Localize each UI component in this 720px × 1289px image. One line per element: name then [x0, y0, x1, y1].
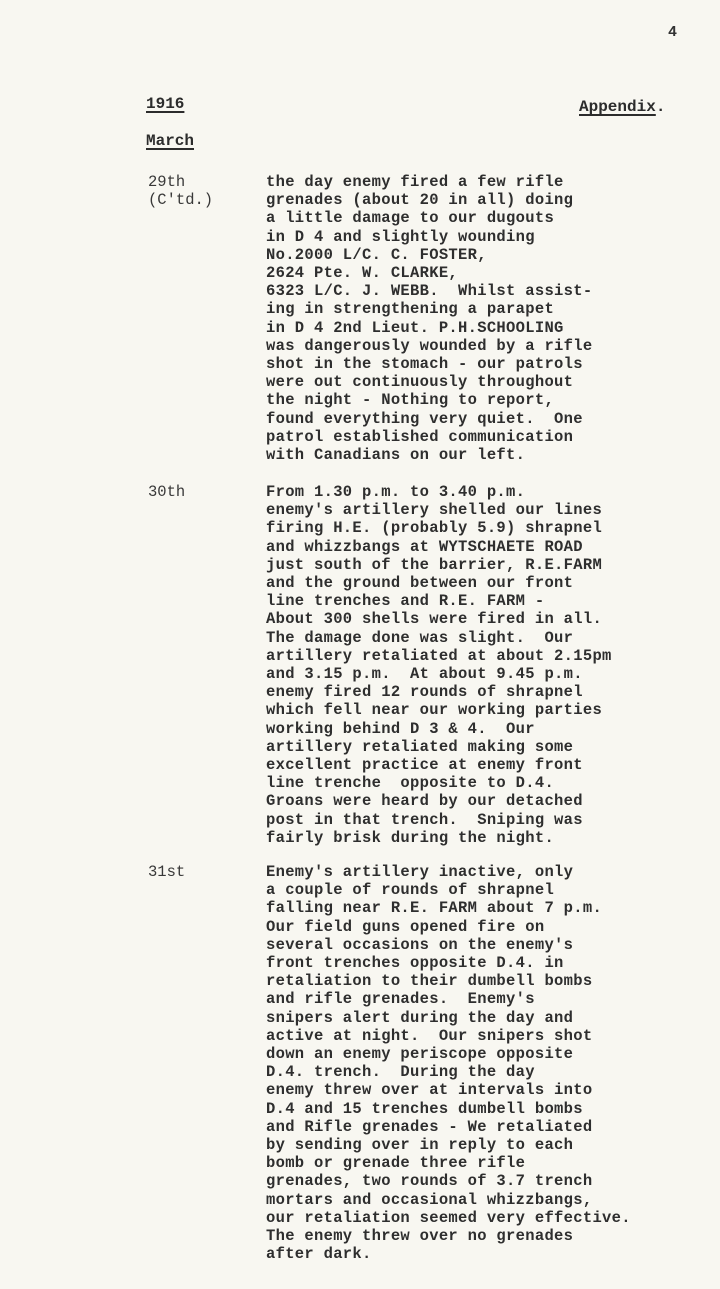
entry-line: the night - Nothing to report, — [266, 391, 592, 409]
entry-date-day: 30th — [148, 483, 185, 501]
entry-line: ing in strengthening a parapet — [266, 300, 592, 318]
entry-line: snipers alert during the day and — [266, 1009, 631, 1027]
entry-line: found everything very quiet. One — [266, 410, 592, 428]
entry-line: firing H.E. (probably 5.9) shrapnel — [266, 519, 612, 537]
entry-line: and the ground between our front — [266, 574, 612, 592]
entry-line: after dark. — [266, 1245, 631, 1263]
entry-text: the day enemy fired a few rifle grenades… — [266, 173, 592, 464]
entry-line: which fell near our working parties — [266, 701, 612, 719]
entry-line: retaliation to their dumbell bombs — [266, 972, 631, 990]
entry-line: Enemy's artillery inactive, only — [266, 863, 631, 881]
entry-line: bomb or grenade three rifle — [266, 1154, 631, 1172]
entry-line: post in that trench. Sniping was — [266, 811, 612, 829]
entry-line: falling near R.E. FARM about 7 p.m. — [266, 899, 631, 917]
entry-line: artillery retaliated at about 2.15pm — [266, 647, 612, 665]
entry-line: enemy fired 12 rounds of shrapnel — [266, 683, 612, 701]
entry-line: active at night. Our snipers shot — [266, 1027, 631, 1045]
appendix-label: Appendix — [579, 98, 656, 116]
entry-text: From 1.30 p.m. to 3.40 p.m. enemy's arti… — [266, 483, 612, 847]
entry-line: fairly brisk during the night. — [266, 829, 612, 847]
entry-line: excellent practice at enemy front — [266, 756, 612, 774]
entry-line: Our field guns opened fire on — [266, 918, 631, 936]
entry-line: just south of the barrier, R.E.FARM — [266, 556, 612, 574]
entry-date: 31st — [148, 863, 185, 881]
entry-line: enemy threw over at intervals into — [266, 1081, 631, 1099]
entry-line: front trenches opposite D.4. in — [266, 954, 631, 972]
entry-line: grenades (about 20 in all) doing — [266, 191, 592, 209]
entry-date-day: 31st — [148, 863, 185, 881]
month-heading: March — [146, 132, 194, 150]
entry-line: D.4 and 15 trenches dumbell bombs — [266, 1100, 631, 1118]
entry-date: 29th (C'td.) — [148, 173, 213, 209]
entry-line: enemy's artillery shelled our lines — [266, 501, 612, 519]
entry-text: Enemy's artillery inactive, only a coupl… — [266, 863, 631, 1263]
entry-date: 30th — [148, 483, 185, 501]
year-heading: 1916 — [146, 95, 184, 113]
entry-line: line trenche opposite to D.4. — [266, 774, 612, 792]
entry-line: From 1.30 p.m. to 3.40 p.m. — [266, 483, 612, 501]
entry-line: working behind D 3 & 4. Our — [266, 720, 612, 738]
entry-line: down an enemy periscope opposite — [266, 1045, 631, 1063]
entry-line: a couple of rounds of shrapnel — [266, 881, 631, 899]
entry-line: 2624 Pte. W. CLARKE, — [266, 264, 592, 282]
entry-line: The enemy threw over no grenades — [266, 1227, 631, 1245]
appendix-period: . — [656, 98, 666, 116]
entry-line: 6323 L/C. J. WEBB. Whilst assist- — [266, 282, 592, 300]
entry-line: The damage done was slight. Our — [266, 629, 612, 647]
entry-line: were out continuously throughout — [266, 373, 592, 391]
page-number: 4 — [668, 24, 677, 41]
entry-line: line trenches and R.E. FARM - — [266, 592, 612, 610]
entry-line: and rifle grenades. Enemy's — [266, 990, 631, 1008]
entry-line: and 3.15 p.m. At about 9.45 p.m. — [266, 665, 612, 683]
entry-line: No.2000 L/C. C. FOSTER, — [266, 246, 592, 264]
entry-line: About 300 shells were fired in all. — [266, 610, 612, 628]
entry-line: a little damage to our dugouts — [266, 209, 592, 227]
appendix-heading: Appendix. — [579, 98, 665, 116]
entry-line: several occasions on the enemy's — [266, 936, 631, 954]
document-page: 4 1916 Appendix. March 29th (C'td.) the … — [0, 0, 720, 1289]
entry-line: artillery retaliated making some — [266, 738, 612, 756]
entry-line: D.4. trench. During the day — [266, 1063, 631, 1081]
entry-line: and Rifle grenades - We retaliated — [266, 1118, 631, 1136]
entry-line: shot in the stomach - our patrols — [266, 355, 592, 373]
entry-line: the day enemy fired a few rifle — [266, 173, 592, 191]
entry-line: with Canadians on our left. — [266, 446, 592, 464]
entry-line: was dangerously wounded by a rifle — [266, 337, 592, 355]
entry-line: by sending over in reply to each — [266, 1136, 631, 1154]
entry-date-note: (C'td.) — [148, 191, 213, 209]
entry-line: Groans were heard by our detached — [266, 792, 612, 810]
entry-line: in D 4 2nd Lieut. P.H.SCHOOLING — [266, 319, 592, 337]
entry-line: our retaliation seemed very effective. — [266, 1209, 631, 1227]
entry-line: patrol established communication — [266, 428, 592, 446]
entry-line: mortars and occasional whizzbangs, — [266, 1191, 631, 1209]
entry-line: in D 4 and slightly wounding — [266, 228, 592, 246]
entry-date-day: 29th — [148, 173, 185, 191]
entry-line: and whizzbangs at WYTSCHAETE ROAD — [266, 538, 612, 556]
entry-line: grenades, two rounds of 3.7 trench — [266, 1172, 631, 1190]
